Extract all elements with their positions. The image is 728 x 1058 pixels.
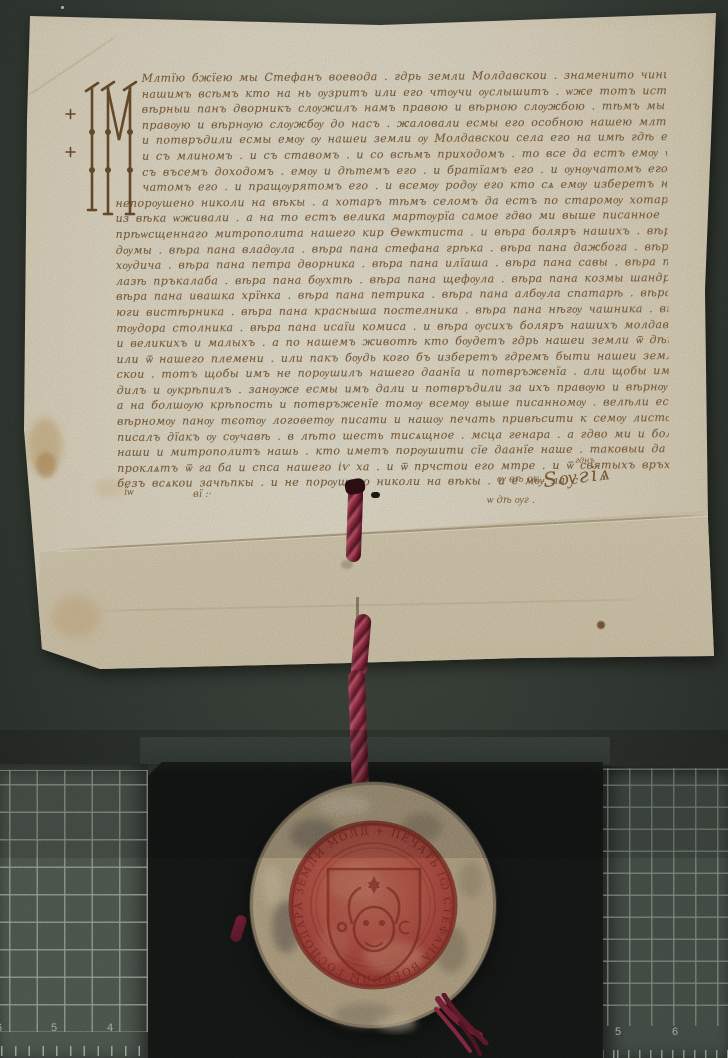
year-mark: їѡ (124, 487, 134, 498)
stain (36, 452, 56, 478)
manuscript-text: Млтїю бжїею мы Стефанъ воевода . гдрь зе… (115, 68, 670, 498)
cord-tail (430, 993, 500, 1057)
archival-photo: { "document": { "initial_monogram": "ІМ"… (0, 0, 728, 1058)
stain (52, 596, 100, 638)
seal-cord-upper (346, 486, 364, 562)
dateline: ѹ вѣ ок . (497, 474, 545, 485)
stain-dot (597, 621, 605, 629)
year-mark: вї :· (193, 489, 212, 500)
cord-mark (371, 492, 380, 498)
ink-smudge (341, 560, 353, 569)
scribe-note: ѡ дѣ ѹг . (487, 495, 535, 506)
